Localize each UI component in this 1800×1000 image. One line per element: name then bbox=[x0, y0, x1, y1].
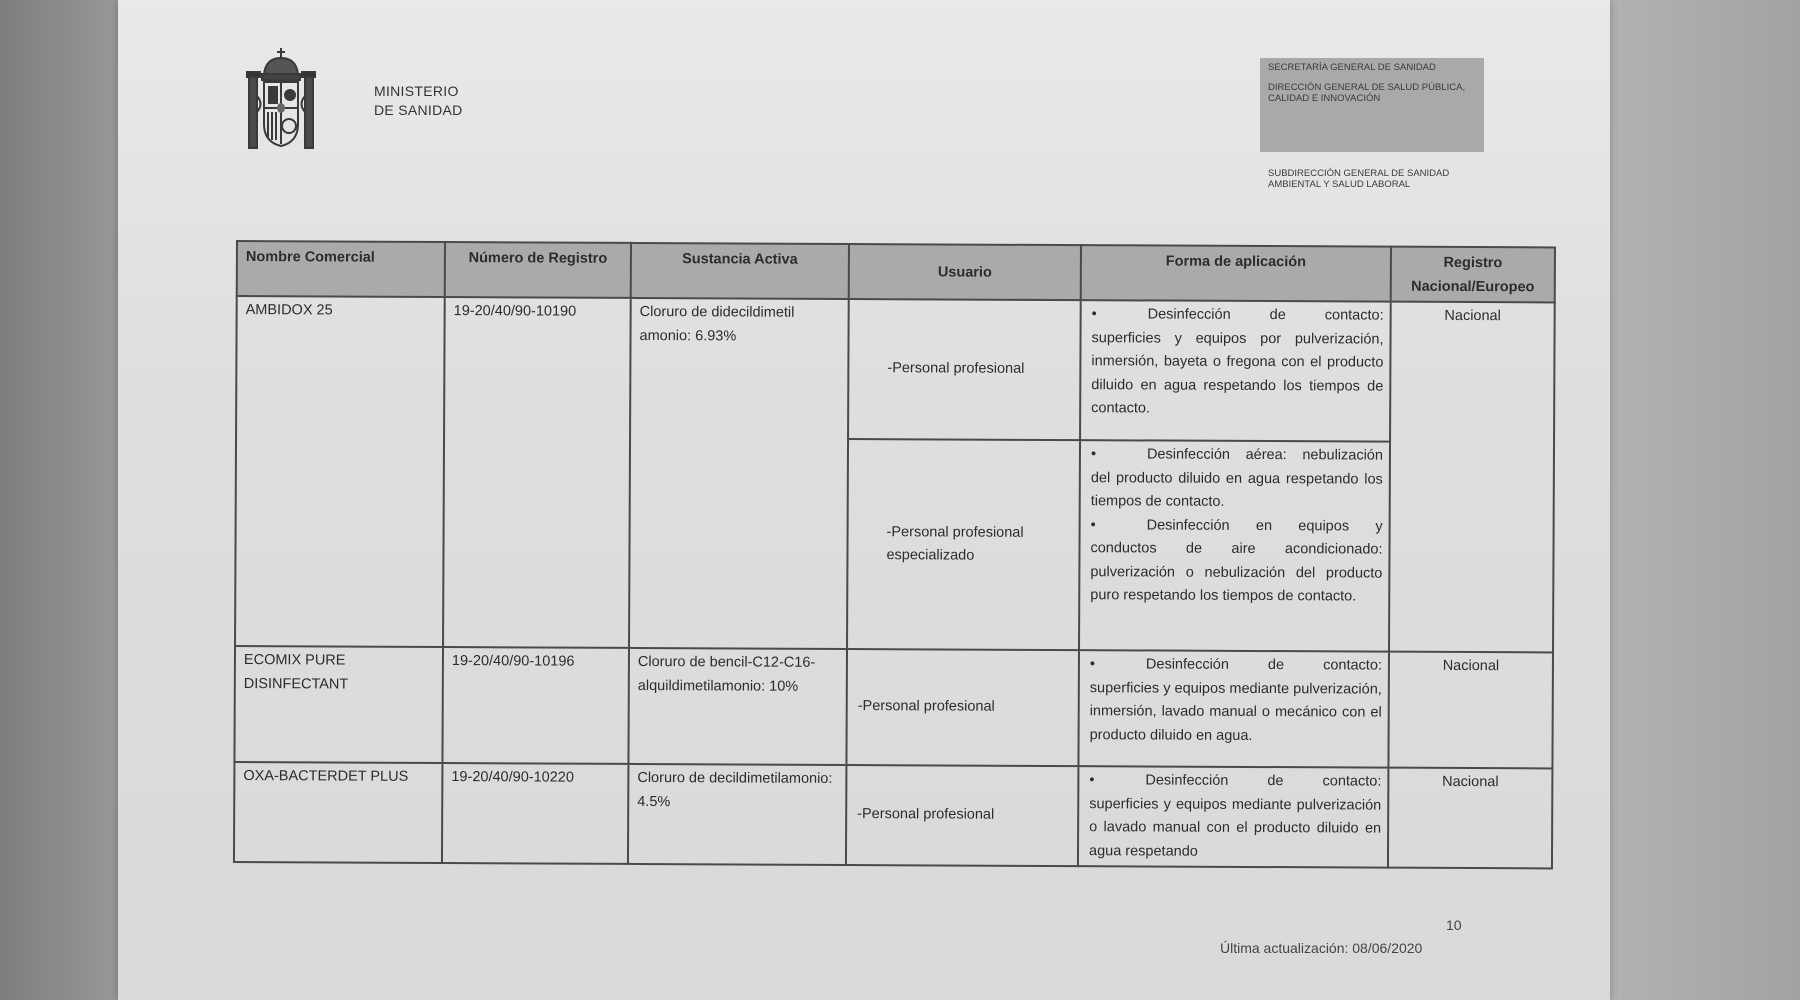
forma-text: superficies y equipos por pulverización,… bbox=[1091, 330, 1383, 417]
forma-head: Desinfección aérea: bbox=[1147, 446, 1287, 463]
direccion-general: DIRECCIÓN GENERAL DE SALUD PÚBLICA, CALI… bbox=[1268, 82, 1476, 104]
col-header-nombre: Nombre Comercial bbox=[237, 241, 445, 297]
table-header-row: Nombre Comercial Número de Registro Sust… bbox=[237, 241, 1555, 302]
cell-nombre: ECOMIX PURE DISINFECTANT bbox=[234, 646, 443, 763]
cell-sustancia: Cloruro de bencil-C12-C16-alquildimetila… bbox=[628, 648, 847, 765]
table-row: ECOMIX PURE DISINFECTANT 19-20/40/90-101… bbox=[234, 646, 1553, 768]
cell-numero: 19-20/40/90-10220 bbox=[442, 763, 628, 864]
cell-registro: Nacional bbox=[1389, 302, 1555, 653]
ministry-name: MINISTERIO DE SANIDAD bbox=[374, 82, 463, 120]
cell-forma: •Desinfección aérea: nebulización del pr… bbox=[1079, 440, 1390, 652]
background-left bbox=[0, 0, 125, 1000]
col-header-forma: Forma de aplicación bbox=[1081, 245, 1391, 302]
ministry-line-1: MINISTERIO bbox=[374, 82, 463, 101]
col-header-usuario: Usuario bbox=[849, 244, 1081, 300]
forma-head: Desinfección de contacto: bbox=[1148, 306, 1384, 323]
cell-forma: •Desinfección de contacto: superficies y… bbox=[1078, 766, 1388, 868]
cell-sustancia: Cloruro de decildimetilamonio: 4.5% bbox=[628, 764, 846, 865]
ministry-line-2: DE SANIDAD bbox=[374, 101, 463, 120]
last-update: Última actualización: 08/06/2020 bbox=[1220, 940, 1422, 956]
disinfectant-table: Nombre Comercial Número de Registro Sust… bbox=[233, 240, 1556, 869]
col-header-registro: Registro Nacional/Europeo bbox=[1391, 247, 1555, 303]
secretaria-general: SECRETARÍA GENERAL DE SANIDAD bbox=[1268, 62, 1476, 73]
cell-usuario: -Personal profesional bbox=[848, 299, 1081, 440]
forma-head: Desinfección de contacto: bbox=[1146, 656, 1382, 673]
cell-numero: 19-20/40/90-10196 bbox=[442, 647, 629, 764]
cell-registro: Nacional bbox=[1388, 768, 1552, 869]
cell-registro: Nacional bbox=[1388, 652, 1553, 769]
forma-head: Desinfección de contacto: bbox=[1145, 772, 1381, 789]
bullet-icon: • bbox=[1089, 769, 1145, 793]
cell-numero: 19-20/40/90-10190 bbox=[443, 297, 631, 648]
col-header-numero: Número de Registro bbox=[445, 242, 631, 298]
forma-text: conductos de aire acondicionado: pulveri… bbox=[1090, 540, 1382, 604]
cell-usuario: -Personal profesional bbox=[846, 649, 1079, 766]
forma-item: •Desinfección de contacto: superficies y… bbox=[1091, 303, 1384, 422]
page-number: 10 bbox=[1446, 917, 1462, 933]
cell-sustancia: Cloruro de didecildimetil amonio: 6.93% bbox=[629, 298, 849, 649]
coat-of-arms-icon bbox=[246, 46, 316, 154]
cell-forma: •Desinfección de contacto: superficies y… bbox=[1080, 300, 1391, 442]
bullet-icon: • bbox=[1092, 303, 1148, 327]
forma-head: Desinfección en equipos y bbox=[1147, 517, 1383, 534]
cell-nombre: AMBIDOX 25 bbox=[235, 296, 445, 647]
forma-text: superficies y equipos mediante pulveriza… bbox=[1090, 680, 1382, 744]
subdireccion-general: SUBDIRECCIÓN GENERAL DE SANIDAD AMBIENTA… bbox=[1268, 168, 1488, 190]
forma-item: •Desinfección aérea: nebulización del pr… bbox=[1091, 443, 1383, 515]
bullet-icon: • bbox=[1090, 653, 1146, 677]
forma-item: •Desinfección en equipos y conductos de … bbox=[1090, 514, 1382, 609]
forma-text: superficies y equipos mediante pulveriza… bbox=[1089, 796, 1381, 860]
cell-forma: •Desinfección de contacto: superficies y… bbox=[1078, 650, 1389, 768]
document-page: MINISTERIO DE SANIDAD SECRETARÍA GENERAL… bbox=[118, 0, 1610, 1000]
forma-item: •Desinfección de contacto: superficies y… bbox=[1089, 769, 1381, 864]
table-row: OXA-BACTERDET PLUS 19-20/40/90-10220 Clo… bbox=[234, 762, 1552, 868]
bullet-icon: • bbox=[1091, 443, 1147, 467]
cell-usuario: -Personal profesional especializado bbox=[847, 439, 1080, 650]
cell-nombre: OXA-BACTERDET PLUS bbox=[234, 762, 442, 863]
cell-usuario: -Personal profesional bbox=[846, 765, 1078, 866]
org-box: SECRETARÍA GENERAL DE SANIDAD DIRECCIÓN … bbox=[1260, 58, 1484, 152]
col-header-sustancia: Sustancia Activa bbox=[631, 243, 849, 299]
forma-item: •Desinfección de contacto: superficies y… bbox=[1090, 653, 1382, 748]
bullet-icon: • bbox=[1091, 514, 1147, 538]
background-right bbox=[1590, 0, 1800, 1000]
table-row: AMBIDOX 25 19-20/40/90-10190 Cloruro de … bbox=[236, 296, 1555, 442]
